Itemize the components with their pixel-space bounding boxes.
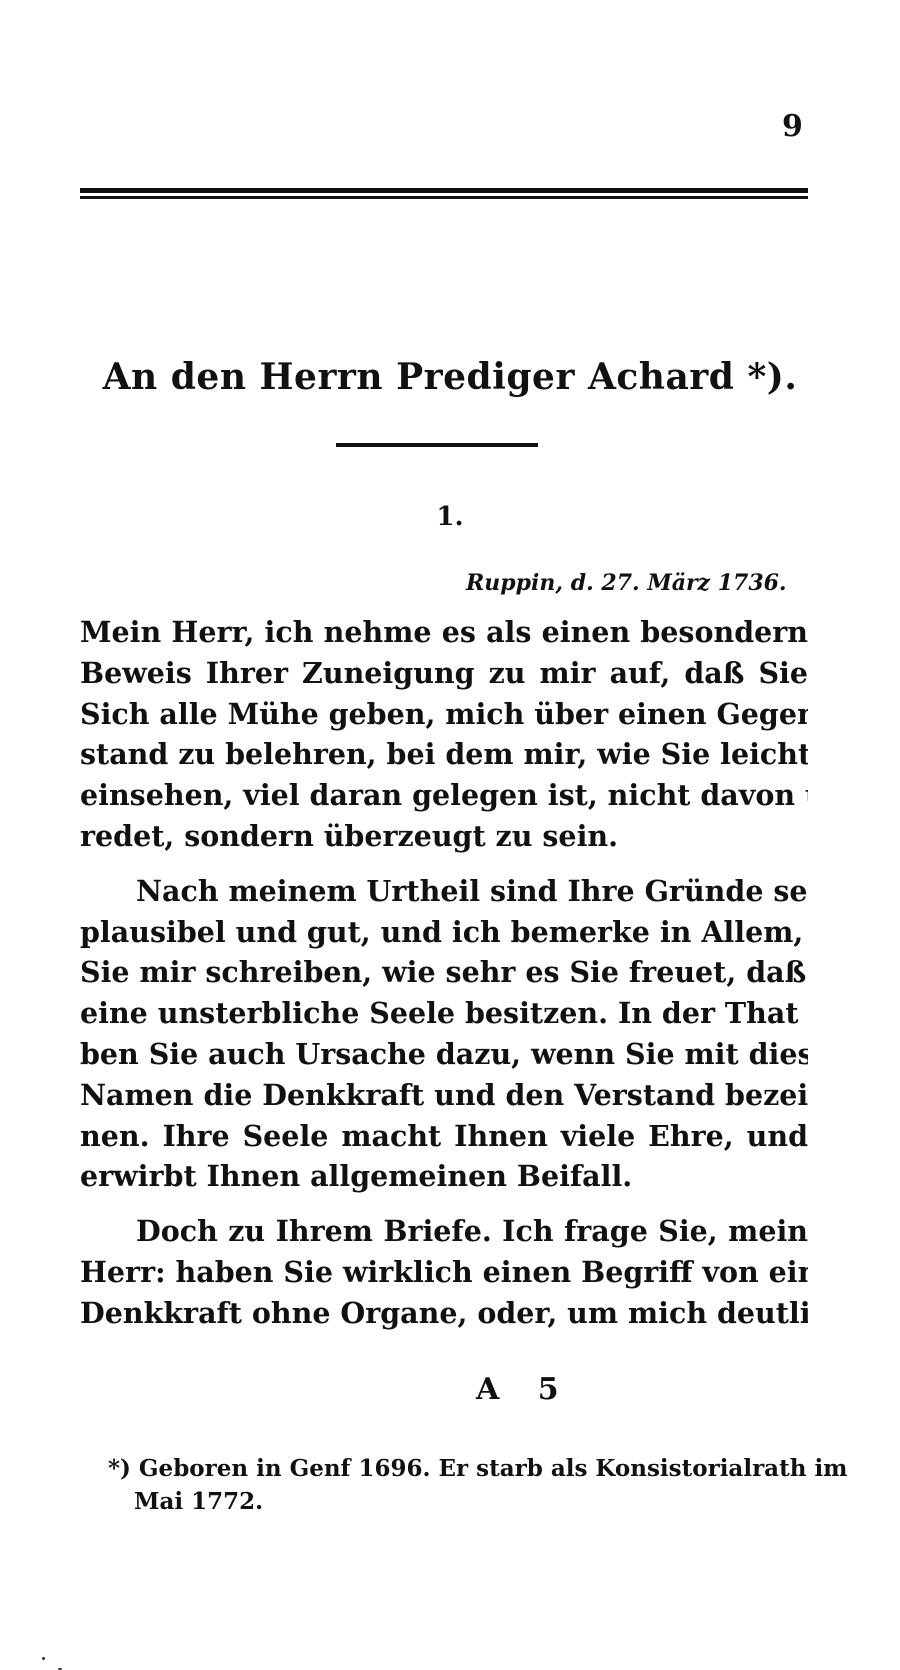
text-line: Denkkraft ohne Organe, oder, um mich deu… [80,1293,808,1334]
letter-title: An den Herrn Prediger Achard *). [0,358,900,398]
paragraph-3: Doch zu Ihrem Briefe. Ich frage Sie, mei… [80,1211,808,1333]
signature-mark: A 5 [476,1372,573,1407]
title-divider [336,443,538,447]
header-double-rule [80,188,808,202]
text-line: nen. Ihre Seele macht Ihnen viele Ehre, … [80,1116,808,1157]
footnote-line: *) Geboren in Genf 1696. Er starb als Ko… [108,1452,808,1485]
letter-body: Mein Herr, ich nehme es als einen besond… [80,612,808,1348]
page-number: 9 [782,112,803,142]
text-line: Mein Herr, ich nehme es als einen besond… [80,612,808,653]
text-line: Herr: haben Sie wirklich einen Begriff v… [80,1252,808,1293]
text-line: einsehen, viel daran gelegen ist, nicht … [80,775,808,816]
text-line: Sich alle Mühe geben, mich über einen Ge… [80,694,808,735]
footnote-line: Mai 1772. [108,1485,808,1518]
text-line: plausibel und gut, und ich bemerke in Al… [80,912,808,953]
footnote: *) Geboren in Genf 1696. Er starb als Ko… [108,1452,808,1518]
paragraph-1: Mein Herr, ich nehme es als einen besond… [80,612,808,857]
text-line: Doch zu Ihrem Briefe. Ich frage Sie, mei… [80,1211,808,1252]
letter-number: 1. [0,502,900,532]
paragraph-2: Nach meinem Urtheil sind Ihre Gründe seh… [80,871,808,1197]
text-line: ben Sie auch Ursache dazu, wenn Sie mit … [80,1034,808,1075]
book-page: 9 An den Herrn Prediger Achard *). 1. Ru… [0,0,900,1670]
text-line: erwirbt Ihnen allgemeinen Beifall. [80,1156,808,1197]
dateline: Ruppin, d. 27. März 1736. [466,570,787,596]
header-rule-thin [80,196,808,199]
scan-speck [42,1657,45,1660]
text-line: stand zu belehren, bei dem mir, wie Sie … [80,734,808,775]
text-line: Sie mir schreiben, wie sehr es Sie freue… [80,952,808,993]
text-line: Beweis Ihrer Zuneigung zu mir auf, daß S… [80,653,808,694]
header-rule-thick [80,188,808,193]
text-line: eine unsterbliche Seele besitzen. In der… [80,993,808,1034]
text-line: redet, sondern überzeugt zu sein. [80,816,808,857]
text-line: Namen die Denkkraft und den Verstand bez… [80,1075,808,1116]
text-line: Nach meinem Urtheil sind Ihre Gründe seh… [80,871,808,912]
